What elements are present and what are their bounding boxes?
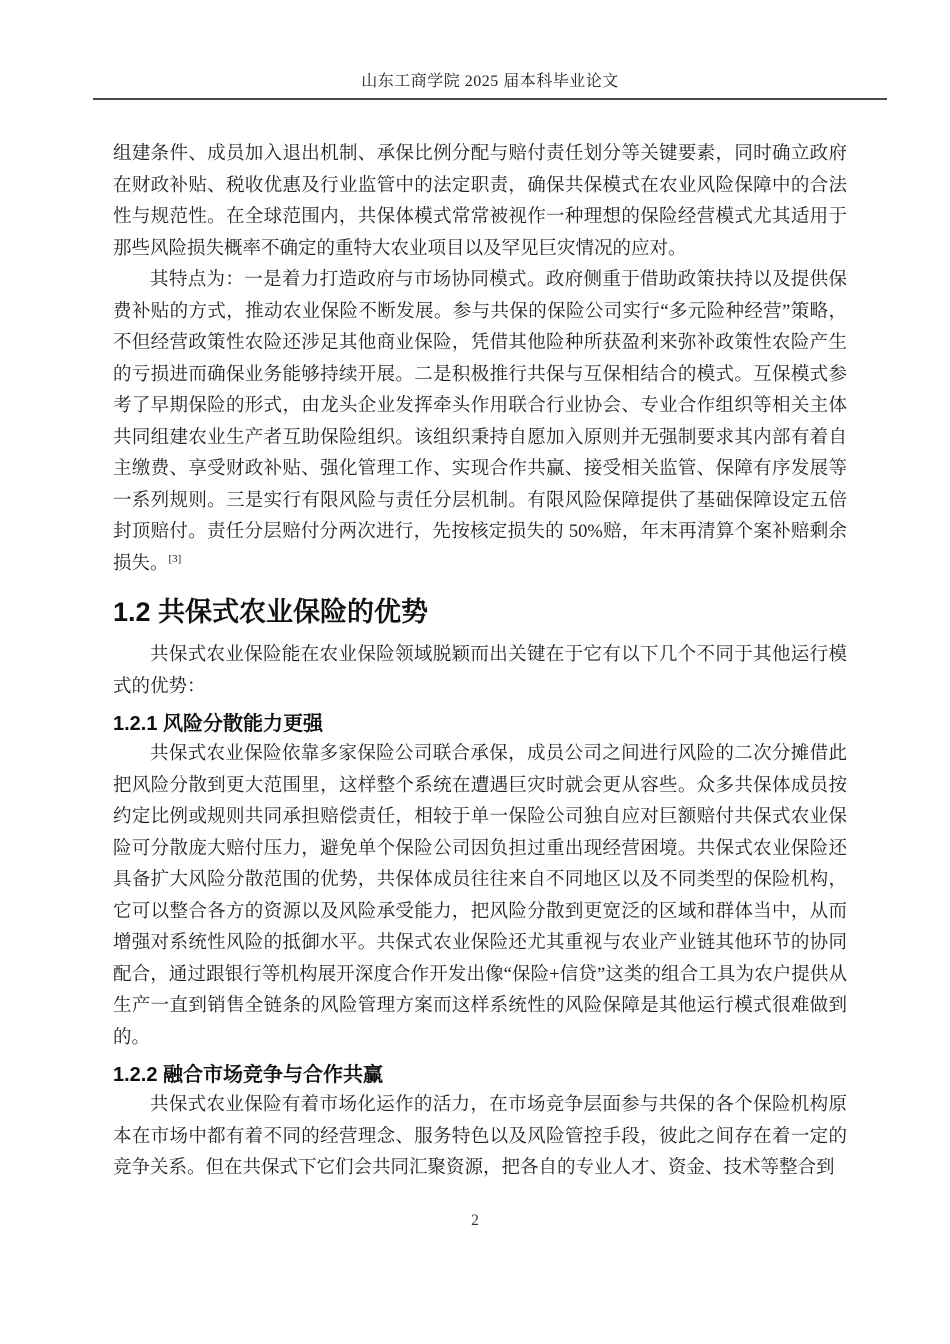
subsection-heading-1-2-1: 1.2.1 风险分散能力更强 bbox=[113, 709, 847, 739]
paragraph-section-intro: 共保式农业保险能在农业保险领域脱颖而出关键在于它有以下几个不同于其他运行模式的优… bbox=[113, 640, 847, 703]
paragraph-risk-dispersion: 共保式农业保险依靠多家保险公司联合承保，成员公司之间进行风险的二次分摊借此把风险… bbox=[113, 739, 847, 1054]
paragraph-market-competition: 共保式农业保险有着市场化运作的活力，在市场竞争层面参与共保的各个保险机构原本在市… bbox=[113, 1090, 847, 1185]
page-header: 山东工商学院 2025 届本科毕业论文 bbox=[93, 70, 887, 100]
page-number: 2 bbox=[471, 1212, 479, 1229]
thesis-page: 山东工商学院 2025 届本科毕业论文 组建条件、成员加入退出机制、承保比例分配… bbox=[0, 0, 950, 1344]
document-body: 组建条件、成员加入退出机制、承保比例分配与赔付责任划分等关键要素，同时确立政府在… bbox=[113, 139, 847, 1185]
paragraph-features: 其特点为：一是着力打造政府与市场协同模式。政府侧重于借助政策扶持以及提供保费补贴… bbox=[113, 265, 847, 580]
paragraph-features-text: 其特点为：一是着力打造政府与市场协同模式。政府侧重于借助政策扶持以及提供保费补贴… bbox=[113, 270, 847, 574]
footnote-reference: [3] bbox=[169, 552, 182, 564]
header-title: 山东工商学院 2025 届本科毕业论文 bbox=[93, 70, 887, 94]
section-heading-1-2: 1.2 共保式农业保险的优势 bbox=[113, 592, 847, 632]
page-footer: 2 bbox=[0, 1205, 950, 1236]
subsection-heading-1-2-2: 1.2.2 融合市场竞争与合作共赢 bbox=[113, 1060, 847, 1090]
header-rule bbox=[93, 98, 887, 100]
paragraph-continuation: 组建条件、成员加入退出机制、承保比例分配与赔付责任划分等关键要素，同时确立政府在… bbox=[113, 139, 847, 265]
